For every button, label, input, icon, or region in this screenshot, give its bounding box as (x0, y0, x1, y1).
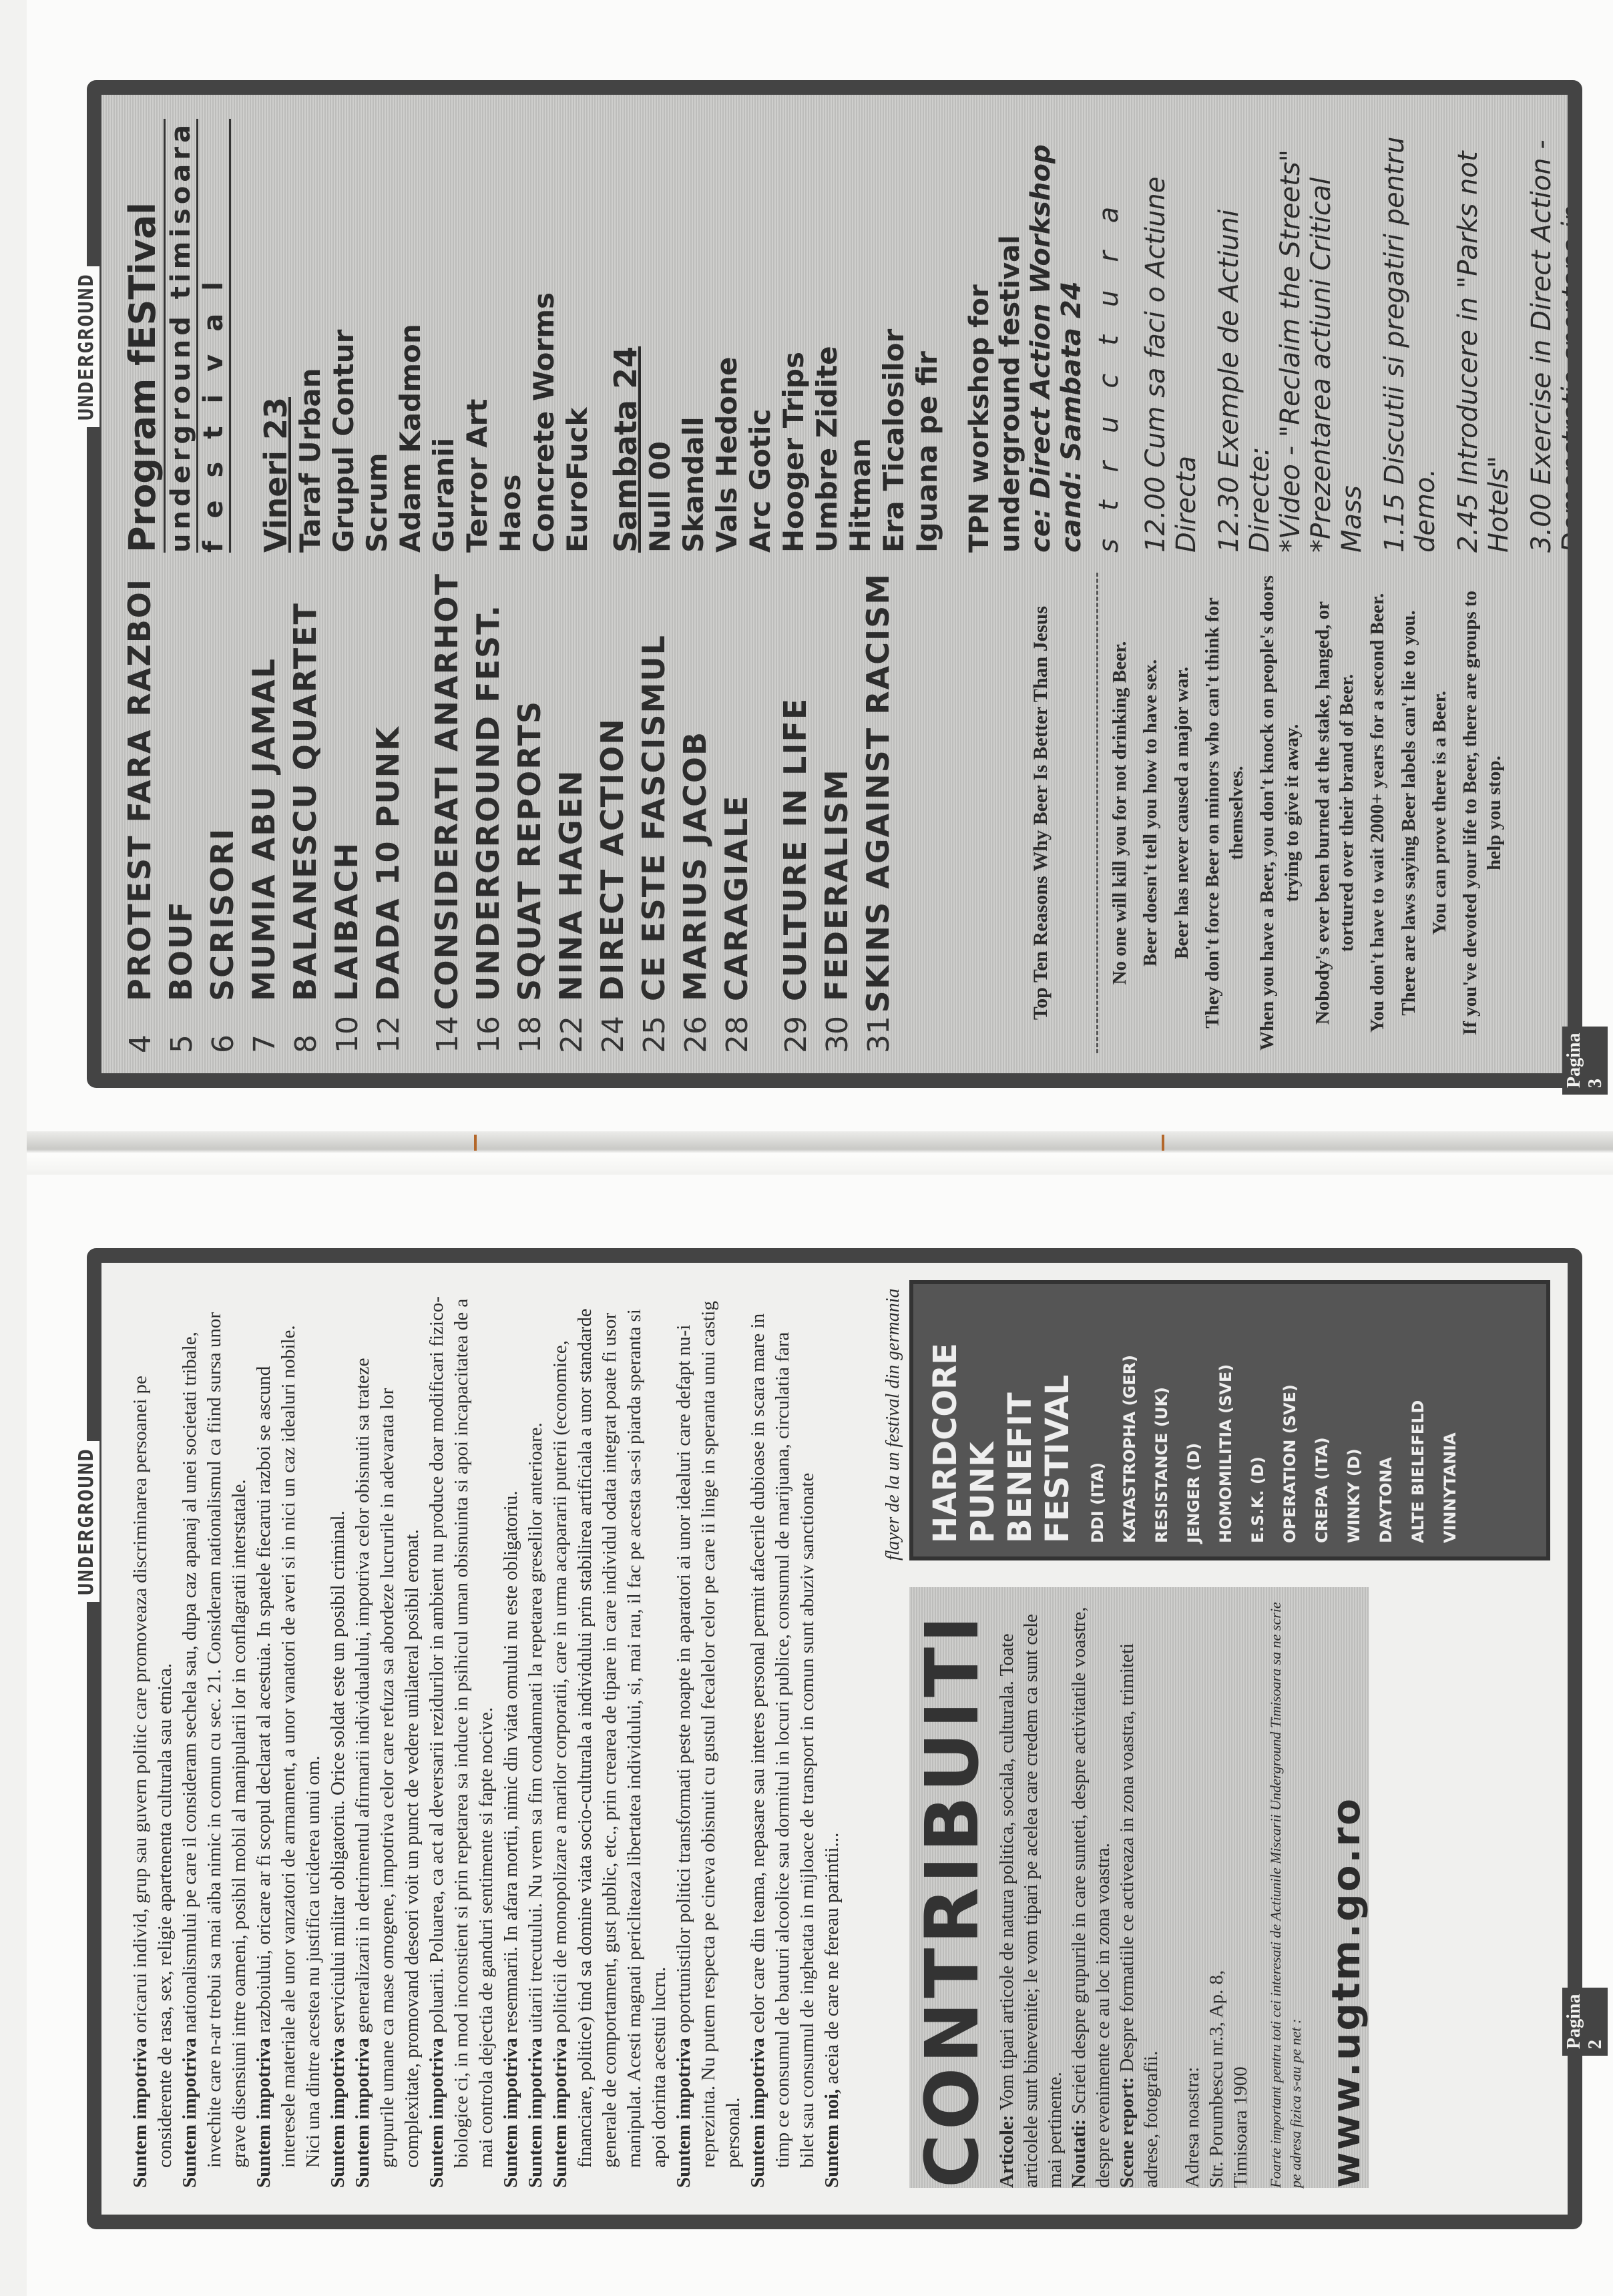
page-2-frame: Suntem impotriva oricarui individ, grup … (87, 1248, 1582, 2229)
beer-reason: No one will kill you for not drinking Be… (1108, 573, 1132, 1053)
manifesto-paragraph: Suntem impotriva resemnarii. In afara mo… (499, 1294, 523, 2188)
schedule-event: Underground Fest. (470, 604, 506, 1001)
band-name: Grupul Contur (327, 119, 361, 553)
schedule-row: 5Bouf (163, 573, 204, 1053)
manifesto-text: Suntem impotriva oricarui individ, grup … (128, 1294, 845, 2188)
schedule-row: 18Squat reports (511, 573, 553, 1053)
manifesto-paragraph: Suntem impotriva oportunistilor politici… (672, 1294, 746, 2188)
page-3-header-tag: UNDERGROUND (73, 266, 99, 427)
manifesto-lead: Suntem impotriva (253, 2038, 274, 2188)
page-3-frame: 4Protest fara razboi5Bouf6Scrisori7Mumia… (87, 80, 1582, 1088)
flyer-band: KATASTROPHA (GER) (1119, 1298, 1140, 1543)
workshop-item: 1.15 Discutii si pregatiri pentru demo. (1379, 119, 1441, 553)
schedule-row: 30Federalism (819, 573, 860, 1053)
schedule-row: 29Culture in life (777, 573, 819, 1053)
workshop-item: 2.45 Introducere in "Parks not Hotels" (1453, 119, 1514, 553)
center-fold (27, 1131, 1613, 1171)
manifesto-lead: Suntem impotriva (426, 2038, 447, 2188)
page-3-content: 4Protest fara razboi5Bouf6Scrisori7Mumia… (101, 95, 1568, 1073)
workshop-item: 3.00 Exercise in Direct Action - (1526, 119, 1557, 553)
beer-reason: They don't force Beer on minors who can'… (1200, 573, 1249, 1053)
flyer-title: HARDCORE PUNK (927, 1298, 1001, 1543)
schedule-event: Dada 10 Punk (370, 726, 406, 1001)
band-name: Arc Gotic (744, 119, 777, 553)
band-name: Adam Kadmon (394, 119, 427, 553)
schedule-day: 12 (372, 1001, 406, 1053)
manifesto-paragraph: Suntem impotriva celor care din teama, n… (746, 1294, 820, 2188)
schedule-day: 5 (165, 1001, 199, 1053)
schedule-event: Mumia Abu Jamal (246, 657, 282, 1001)
flyer-band: JENGER (D) (1183, 1298, 1204, 1543)
workshop-item: 12.00 Cum sa faci o Actiune Directa (1140, 119, 1202, 553)
manifesto-paragraph: Suntem impotriva oricarui individ, grup … (128, 1294, 178, 2188)
band-name: EuroFuck (561, 119, 594, 553)
schedule-row: 31Skins against racism (860, 573, 901, 1053)
band-name: Hitman (844, 119, 877, 553)
page-2-header-tag: UNDERGROUND (73, 1441, 99, 1602)
manifesto-lead: Suntem impotriva (130, 2038, 151, 2188)
schedule-row: 7Mumia Abu Jamal (246, 573, 287, 1053)
beer-reason: You can prove there is a Beer. (1427, 573, 1451, 1053)
schedule-row: 10Laibach (328, 573, 370, 1053)
schedule-day: 14 (431, 1010, 465, 1053)
band-name: Terror Art (461, 119, 494, 553)
program-spaced-word: festival (198, 119, 231, 553)
flyer-band: DAYTONA (1375, 1298, 1397, 1543)
schedule-event: Ce este fascismul (636, 634, 672, 1001)
contribute-item: Articole: Vom tipari articole de natura … (995, 1587, 1067, 2188)
band-name: Era Ticalosilor (877, 119, 911, 553)
address-block: Adresa noastra: Str. Porumbescu nr.3, Ap… (1180, 1587, 1252, 2188)
schedule-row: 6Scrisori (204, 573, 246, 1053)
page-3-sheet: 4Protest fara razboi5Bouf6Scrisori7Mumia… (27, 0, 1613, 1135)
event-schedule: 4Protest fara razboi5Bouf6Scrisori7Mumia… (122, 573, 901, 1053)
schedule-row: 12Dada 10 Punk (370, 573, 411, 1053)
manifesto-lead: Suntem noi, (821, 2089, 843, 2188)
beer-reason: There are laws saying Beer labels can't … (1397, 573, 1421, 1053)
schedule-day: 22 (555, 1001, 589, 1053)
band-name: Hooger Trips (777, 119, 811, 553)
workshop-items: 12.00 Cum sa faci o Actiune Directa12.30… (1140, 119, 1582, 553)
schedule-row: 8Balanescu Quartet (287, 573, 328, 1053)
workshop-intro: TPN workshop for underground festival (964, 119, 1025, 553)
manifesto-paragraph: Suntem impotriva razboiului, oricare ar … (252, 1294, 326, 2188)
staple (1162, 1135, 1164, 1151)
schedule-event: Marius Jacob (677, 731, 713, 1001)
schedule-event: Direct Action (594, 718, 630, 1001)
beer-reason: Beer doesn't tell you how to have sex. (1138, 573, 1162, 1053)
page-2-sheet: Suntem impotriva oricarui individ, grup … (27, 1175, 1613, 2296)
schedule-day: 31 (862, 1013, 896, 1053)
festival-program: Program fESTival underground timisoara f… (122, 119, 1582, 553)
beer-reason: Beer has never caused a major war. (1170, 573, 1194, 1053)
saturday-bands: Null 00SkandallVals HedoneArc GoticHooge… (644, 119, 944, 553)
manifesto-lead: Suntem impotriva (327, 2038, 349, 2188)
manifesto-paragraph: Suntem impotriva poluarii. Poluarea, ca … (425, 1294, 499, 2188)
band-name: Concrete Worms (527, 119, 561, 553)
manifesto-lead: Suntem impotriva (525, 2038, 546, 2188)
schedule-event: Balanescu Quartet (287, 602, 323, 1001)
beer-reasons-list: No one will kill you for not drinking Be… (1096, 573, 1514, 1053)
schedule-day: 29 (779, 1001, 813, 1053)
band-name: Null 00 (644, 119, 677, 553)
day-saturday: Sambata 24 (608, 119, 644, 553)
manifesto-lead: Suntem impotriva (747, 2038, 768, 2188)
spacer (411, 573, 429, 1053)
manifesto-paragraph: Suntem noi, aceia de care ne fereau pari… (820, 1294, 845, 2188)
schedule-event: Squat reports (511, 700, 547, 1001)
schedule-row: 4Protest fara razboi (122, 573, 163, 1053)
contribute-label: Scene report: (1116, 2077, 1138, 2188)
manifesto-paragraph: Suntem impotriva generalizarii in detrim… (351, 1294, 425, 2188)
address-line: Str. Porumbescu nr.3, Ap. 8, (1204, 1587, 1228, 2188)
workshop-item: *Video - "Reclaim the Streets" (1275, 119, 1306, 553)
flyer-band: CREPA (ITA) (1311, 1298, 1333, 1543)
contribute-item: Noutati: Scrieti despre grupurile in car… (1067, 1587, 1115, 2188)
schedule-event: Caragiale (718, 794, 754, 1001)
flyer-bands: DDI (ITA)KATASTROPHA (GER)RESISTANCE (UK… (1087, 1298, 1461, 1543)
schedule-day: 30 (821, 1001, 855, 1053)
contribute-item: Scene report: Despre formatiile ce activ… (1115, 1587, 1163, 2188)
flyer-caption: flayer de la un festival din germania (883, 1289, 904, 1561)
contribute-sections: Articole: Vom tipari articole de natura … (995, 1587, 1163, 2188)
manifesto-lead: Suntem impotriva (179, 2038, 200, 2188)
schedule-row: 26Marius Jacob (677, 573, 718, 1053)
manifesto-lead: Suntem impotriva (352, 2038, 373, 2188)
schedule-event: Laibach (328, 842, 365, 1001)
flyer-band: ALTE BIELEFELD (1407, 1298, 1429, 1543)
schedule-row: 22Nina Hagen (553, 573, 594, 1053)
program-title: Program fESTival (122, 119, 166, 553)
contribute-heading: CONTRIBUITI (909, 1587, 995, 2188)
contribute-label: Noutati: (1068, 2119, 1090, 2188)
flyer-band: VINNYTANIA (1439, 1298, 1461, 1543)
schedule-day: 24 (596, 1001, 630, 1053)
schedule-row: 14Considerati anarhot (429, 573, 470, 1053)
flyer-band: E.S.K. (D) (1247, 1298, 1269, 1543)
band-name: Taraf Urban (294, 119, 327, 553)
flyer-title: BENEFIT FESTIVAL (1001, 1298, 1076, 1543)
schedule-day: 26 (679, 1001, 713, 1053)
beer-reason: You don't have to wait 2000+ years for a… (1365, 573, 1389, 1053)
manifesto-lead: Suntem impotriva (549, 2038, 571, 2188)
workshop-item: *Prezentarea actiuni Critical Mass (1306, 119, 1367, 553)
schedule-row: 28Caragiale (718, 573, 760, 1053)
manifesto-paragraph: Suntem impotriva uitarii trecutului. Nu … (523, 1294, 548, 2188)
schedule-day: 16 (472, 1001, 506, 1053)
band-name: Umbre Zidite (811, 119, 844, 553)
workshop-item: 12.30 Exemple de Actiuni Directe: (1214, 119, 1275, 553)
band-name: Iguana pe fir (911, 119, 944, 553)
address-line: Timisoara 1900 (1228, 1587, 1252, 2188)
manifesto-lead: Suntem impotriva (673, 2038, 694, 2188)
schedule-event: Scrisori (204, 828, 240, 1001)
band-name: Haos (494, 119, 527, 553)
schedule-row: 16Underground Fest. (470, 573, 511, 1053)
page-2-content: Suntem impotriva oricarui individ, grup … (101, 1263, 1568, 2215)
workshop-spaced-word: structura (1094, 119, 1124, 553)
schedule-day: 7 (248, 1001, 282, 1053)
friday-bands: Taraf UrbanGrupul ConturScrumAdam Kadmon… (294, 119, 594, 553)
contribute-label: Articole: (996, 2115, 1017, 2189)
manifesto-paragraph: Suntem impotriva serviciului militar obl… (326, 1294, 351, 2188)
page-3-number: Pagina 3 (1562, 1027, 1608, 1095)
schedule-day: 6 (206, 1001, 240, 1053)
schedule-event: Considerati anarhot (429, 573, 465, 1010)
flyer-band: OPERATION (SVE) (1279, 1298, 1301, 1543)
contact-note: Foarte important pentru toti cei interes… (1266, 1587, 1306, 2188)
manifesto-paragraph: Suntem impotriva nationalismului pe care… (178, 1294, 252, 2188)
schedule-event: Culture in life (777, 697, 813, 1001)
schedule-day: 25 (638, 1001, 672, 1053)
schedule-event: Bouf (163, 900, 199, 1001)
band-name: Skandall (677, 119, 710, 553)
schedule-event: Federalism (819, 768, 855, 1001)
schedule-row: 24Direct Action (594, 573, 636, 1053)
band-name: Guranii (427, 119, 461, 553)
workshop-item: Demonstratie spontana in Parcul (1557, 119, 1582, 553)
spacer (760, 573, 777, 1053)
day-friday: Vineri 23 (258, 119, 294, 553)
page-2-number: Pagina 2 (1562, 1988, 1608, 2056)
program-subtitle: underground timisoara (166, 119, 198, 553)
manifesto-lead: Suntem impotriva (500, 2038, 521, 2188)
website-url[interactable]: www.ugtm.go.ro (1323, 1587, 1369, 2188)
schedule-event: Protest fara razboi (122, 578, 158, 1001)
schedule-event: Skins against racism (860, 573, 896, 1013)
workshop-what: ce: Direct Action Workshop (1025, 119, 1056, 553)
schedule-day: 4 (124, 1001, 158, 1053)
flyer-band: WINKY (D) (1343, 1298, 1365, 1543)
schedule-day: 10 (330, 1001, 365, 1053)
beer-reason: Nobody's ever been burned at the stake, … (1311, 573, 1359, 1053)
beer-reason: When you have a Beer, you don't knock on… (1255, 573, 1304, 1053)
contribute-section: CONTRIBUITI Articole: Vom tipari articol… (909, 1587, 1369, 2188)
schedule-day: 28 (720, 1001, 754, 1053)
beer-list-title: Top Ten Reasons Why Beer Is Better Than … (1029, 573, 1052, 1053)
band-name: Scrum (361, 119, 394, 553)
address-label: Adresa noastra: (1180, 1587, 1204, 2188)
flyer-band: DDI (ITA) (1087, 1298, 1108, 1543)
festival-flyer-image: HARDCORE PUNK BENEFIT FESTIVAL DDI (ITA)… (909, 1280, 1550, 1560)
schedule-event: Nina Hagen (553, 769, 589, 1001)
manifesto-paragraph: Suntem impotriva politicii de monopoliza… (548, 1294, 672, 2188)
workshop-when: cand: Sambata 24 (1056, 119, 1087, 553)
beer-reason: If you've devoted your life to Beer, the… (1458, 573, 1507, 1053)
flyer-band: RESISTANCE (UK) (1151, 1298, 1172, 1543)
schedule-day: 8 (289, 1001, 323, 1053)
schedule-row: 25Ce este fascismul (636, 573, 677, 1053)
schedule-day: 18 (513, 1001, 547, 1053)
band-name: Vals Hedone (710, 119, 744, 553)
staple (474, 1135, 477, 1151)
flyer-band: HOMOMILITIA (SVE) (1215, 1298, 1236, 1543)
